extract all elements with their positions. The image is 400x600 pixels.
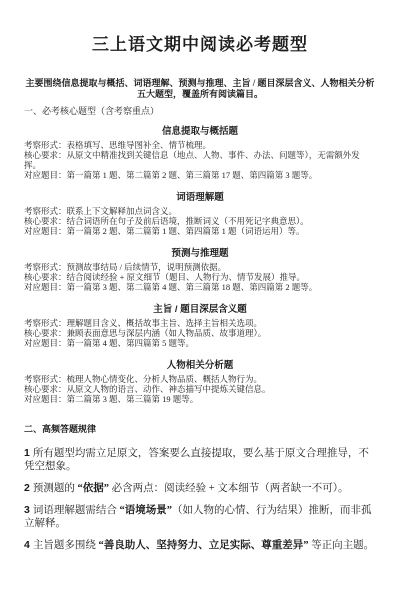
- question-type-block: 词语理解题 考察形式：联系上下文解释加点词含义。 核心要求：结合词语所在句子及前…: [24, 192, 376, 236]
- rule-text-segment: 所有题型均需立足原文，答案要么直接提取，要么基于原文合理推导，不凭空想象。: [24, 448, 369, 472]
- rule-text-segment: 预测题的: [33, 483, 78, 494]
- intro-paragraph: 主要围绕信息提取与概括、词语理解、预测与推理、主旨 / 题目深层含义、人物相关分…: [24, 78, 376, 100]
- type-line-questions: 对应题目：第一篇第 3 题、第二篇第 4 题、第三篇第 18 题、第四篇第 2 …: [24, 282, 376, 292]
- page-title: 三上语文期中阅读必考题型: [24, 34, 376, 55]
- type-line-requirement: 核心要求：从原文人物的语言、动作、神态描写中提炼关键信息。: [24, 384, 376, 394]
- question-type-block: 主旨 / 题目深层含义题 考察形式：理解题目含义、概括故事主旨、选择主旨相关选项…: [24, 304, 376, 348]
- type-line-requirement: 核心要求：兼顾表面意思与深层内涵（如人物品质、故事道理）。: [24, 328, 376, 338]
- type-line-form: 考察形式：联系上下文解释加点词含义。: [24, 206, 376, 216]
- rule-text-segment: “语境场景”: [119, 505, 172, 516]
- rule-item: 1所有题型均需立足原文，答案要么直接提取，要么基于原文合理推导，不凭空想象。: [24, 447, 376, 473]
- rule-number: 2: [24, 482, 30, 494]
- rule-text-segment: 必含两点：阅读经验 + 文本细节（两者缺一不可）。: [109, 483, 349, 494]
- rule-text-segment: 等正向主题。: [308, 540, 374, 551]
- question-type-block: 信息提取与概括题 考察形式：表格填写、思维导图补全、情节梳理。 核心要求：从原文…: [24, 126, 376, 180]
- document-page: 三上语文期中阅读必考题型 主要围绕信息提取与概括、词语理解、预测与推理、主旨 /…: [0, 0, 400, 600]
- rule-text-segment: 主旨题多围绕: [33, 540, 99, 551]
- type-line-questions: 对应题目：第二篇第 3 题、第三篇第 19 题等。: [24, 394, 376, 404]
- rule-item: 4主旨题多围绕 “善良助人、坚持努力、立足实际、尊重差异” 等正向主题。: [24, 539, 376, 552]
- type-line-requirement: 核心要求：从原文中精准找到关键信息（地点、人物、事件、办法、问题等），无需额外发…: [24, 150, 376, 170]
- type-title: 人物相关分析题: [24, 360, 376, 371]
- type-title: 词语理解题: [24, 192, 376, 203]
- type-line-requirement: 核心要求：结合词语所在句子及前后语境，推断词义（不用死记字典意思）。: [24, 216, 376, 226]
- type-line-questions: 对应题目：第一篇第 4 题、第四篇第 5 题等。: [24, 338, 376, 348]
- type-line-form: 考察形式：表格填写、思维导图补全、情节梳理。: [24, 140, 376, 150]
- rule-number: 4: [24, 539, 30, 551]
- type-line-form: 考察形式：梳理人物心情变化、分析人物品质、概括人物行为。: [24, 374, 376, 384]
- type-line-form: 考察形式：预测故事结局 / 后续情节，说明预测依据。: [24, 262, 376, 272]
- type-line-questions: 对应题目：第一篇第 2 题、第二篇第 1 题、第四篇第 1 题（词语运用）等。: [24, 226, 376, 236]
- question-type-block: 预测与推理题 考察形式：预测故事结局 / 后续情节，说明预测依据。 核心要求：结…: [24, 248, 376, 292]
- rule-text-segment: 词语理解题需结合: [33, 505, 120, 516]
- rule-item: 2预测题的 “依据” 必含两点：阅读经验 + 文本细节（两者缺一不可）。: [24, 482, 376, 495]
- type-title: 预测与推理题: [24, 248, 376, 259]
- type-line-questions: 对应题目：第一篇第 1 题、第二篇第 2 题、第三篇第 17 题、第四篇第 3 …: [24, 170, 376, 180]
- type-line-requirement: 核心要求：结合阅读经验 + 原文细节（题目、人物行为、情节发展）推导。: [24, 272, 376, 282]
- section-core-heading: 一、必考核心题型（含考察重点）: [24, 106, 376, 117]
- rule-text-segment: “善良助人、坚持努力、立足实际、尊重差异”: [98, 540, 308, 551]
- type-line-form: 考察形式：理解题目含义、概括故事主旨、选择主旨相关选项。: [24, 318, 376, 328]
- rule-number: 3: [24, 504, 30, 516]
- type-title: 信息提取与概括题: [24, 126, 376, 137]
- rule-number: 1: [24, 447, 30, 459]
- section-rules-heading: 二、高频答题规律: [24, 424, 376, 435]
- question-type-block: 人物相关分析题 考察形式：梳理人物心情变化、分析人物品质、概括人物行为。 核心要…: [24, 360, 376, 404]
- rule-item: 3词语理解题需结合 “语境场景”（如人物的心情、行为结果）推断，而非孤立解释。: [24, 504, 376, 530]
- type-title: 主旨 / 题目深层含义题: [24, 304, 376, 315]
- rule-text-segment: “依据”: [77, 483, 109, 494]
